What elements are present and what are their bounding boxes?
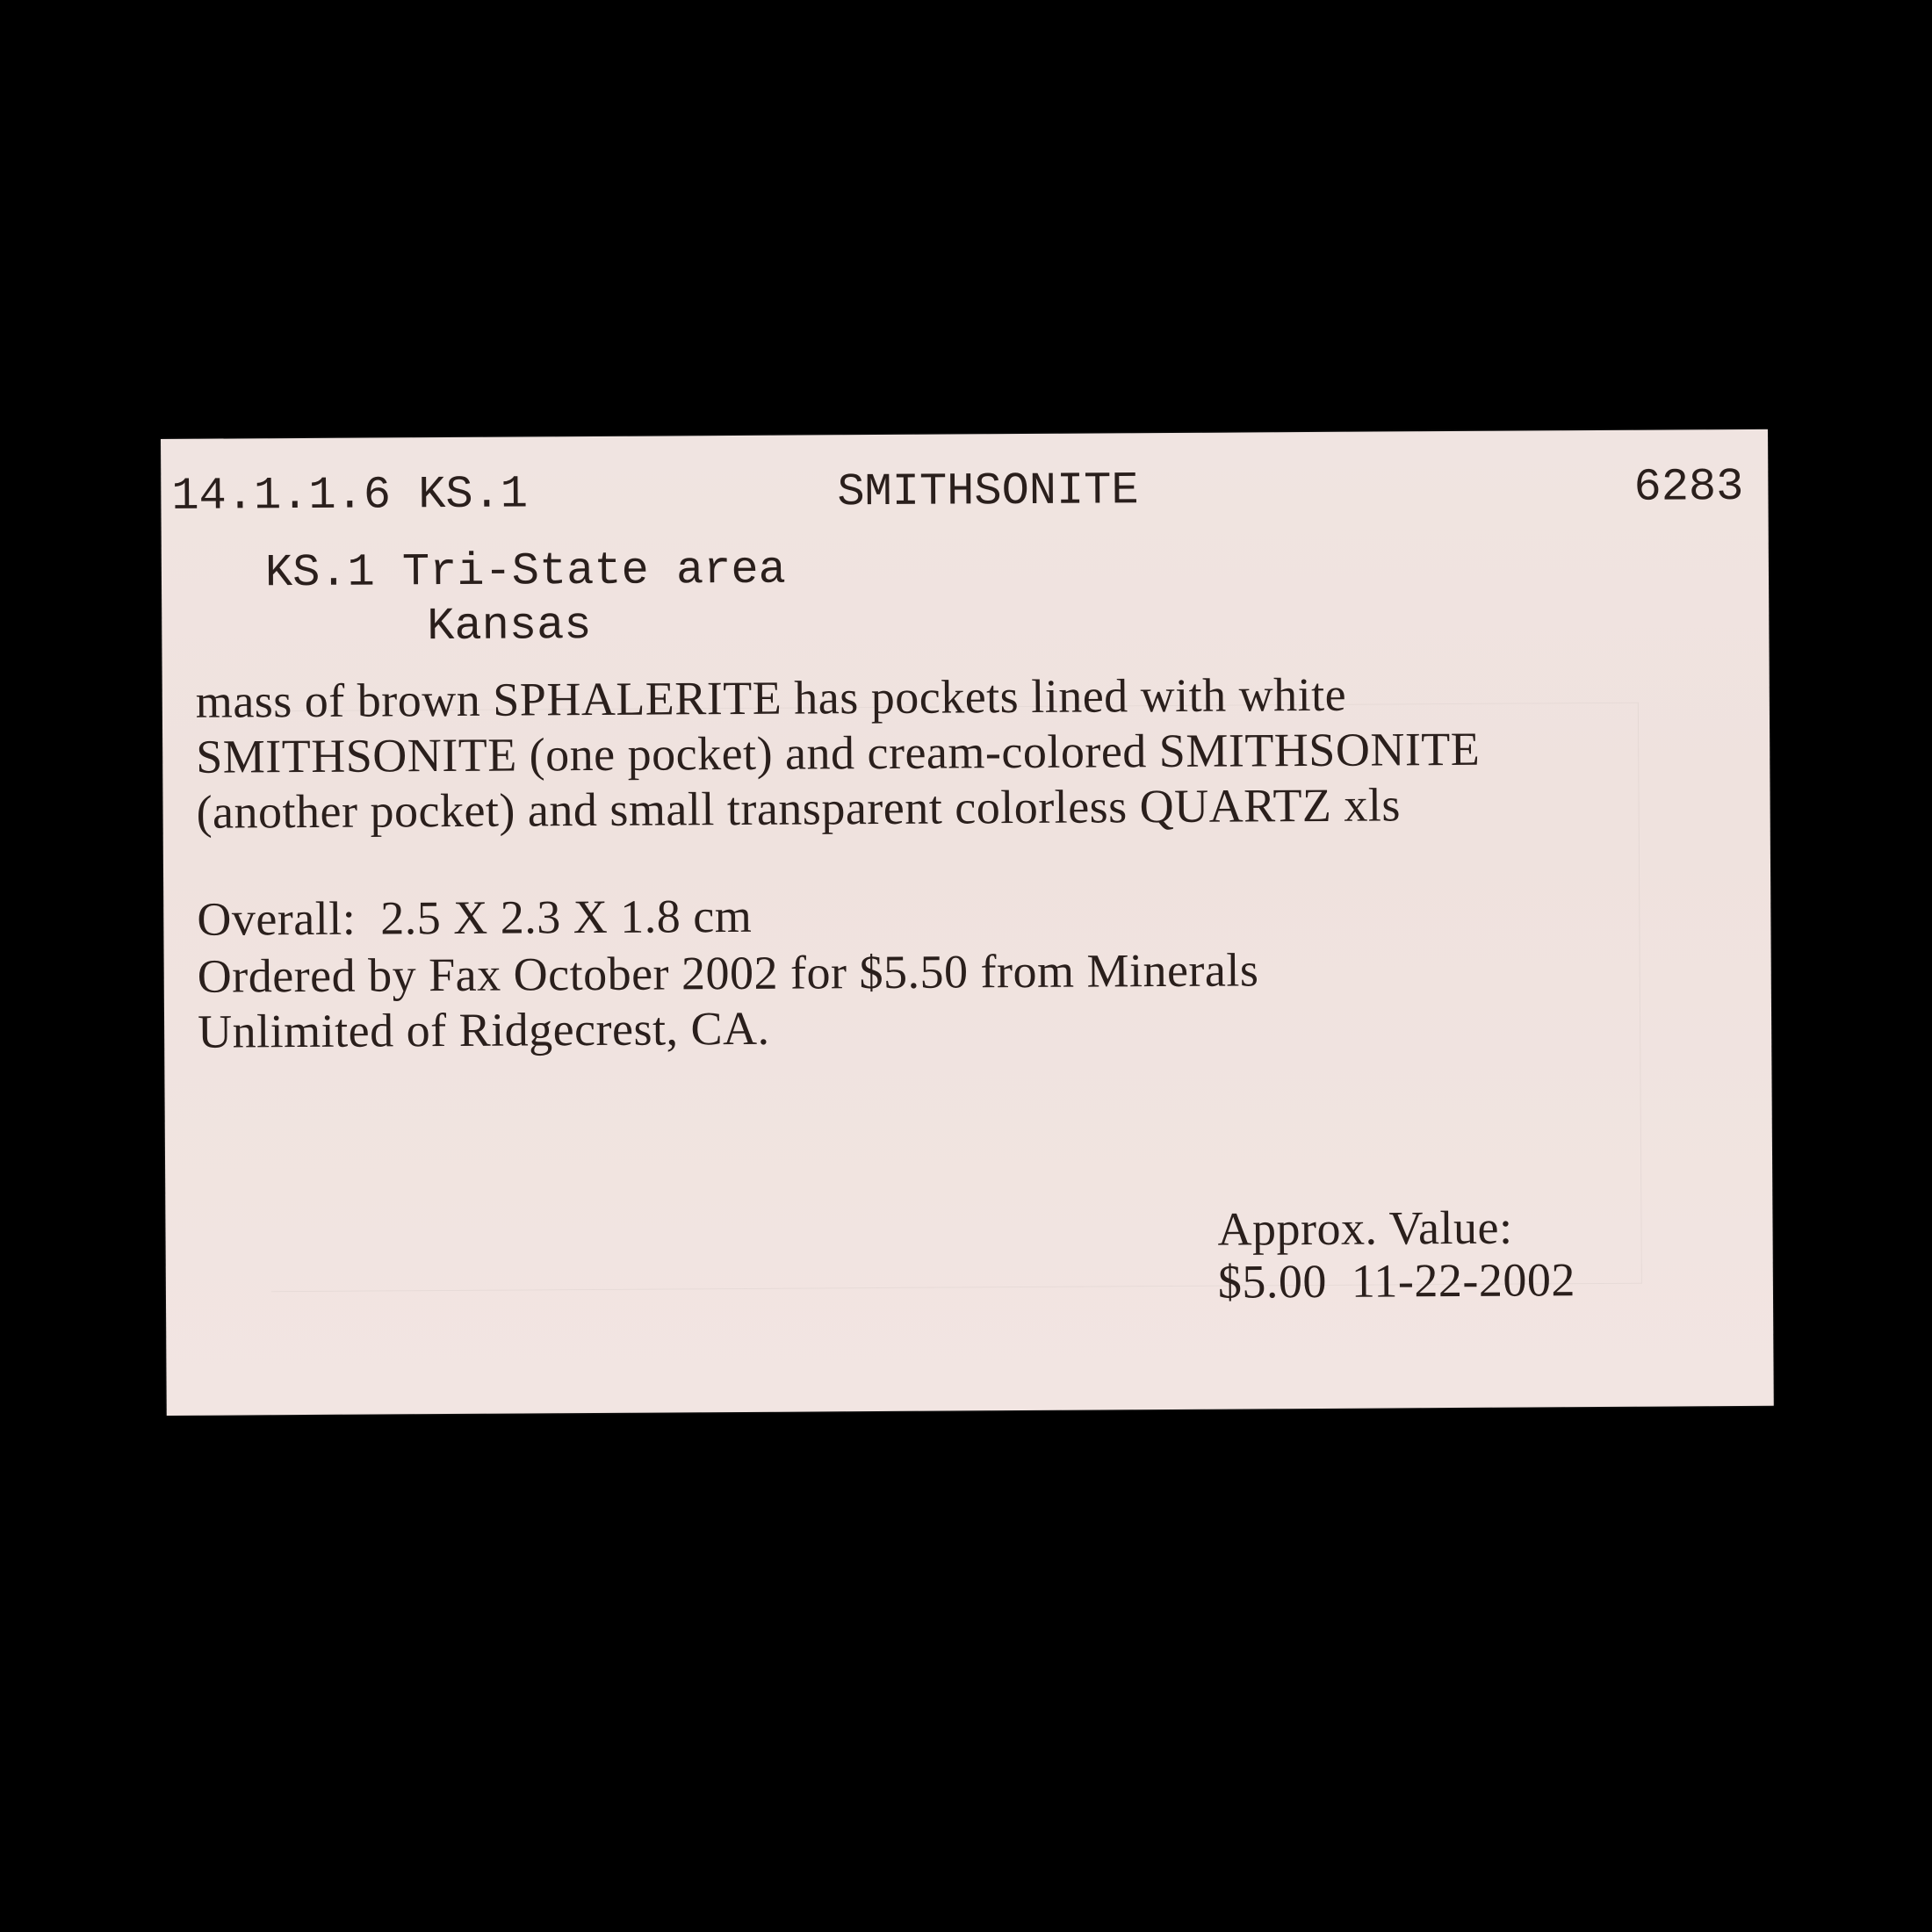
description-line-1: mass of brown SPHALERITE has pockets lin…: [196, 671, 1347, 725]
overall-dimensions: Overall: 2.5 X 2.3 X 1.8 cm: [197, 892, 752, 943]
specimen-label-card: 14.1.1.6 KS.1 SMITHSONITE 6283 KS.1 Tri-…: [161, 429, 1774, 1416]
approx-value-amount-date: $5.00 11-22-2002: [1218, 1256, 1575, 1305]
catalog-code: 14.1.1.6 KS.1: [171, 472, 528, 519]
description-line-3: (another pocket) and small transparent c…: [196, 781, 1401, 835]
locality-line-1: KS.1 Tri-State area: [265, 548, 786, 597]
acquisition-line-2: Unlimited of Ridgecrest, CA.: [198, 1005, 770, 1056]
description-line-2: SMITHSONITE (one pocket) and cream-color…: [196, 725, 1480, 781]
photo-background: 14.1.1.6 KS.1 SMITHSONITE 6283 KS.1 Tri-…: [0, 0, 1932, 1932]
approx-value-label: Approx. Value:: [1217, 1204, 1512, 1253]
acquisition-line-1: Ordered by Fax October 2002 for $5.50 fr…: [198, 946, 1259, 999]
locality-line-2: Kansas: [427, 603, 592, 650]
specimen-number: 6283: [1633, 465, 1743, 511]
mineral-name: SMITHSONITE: [837, 468, 1139, 515]
